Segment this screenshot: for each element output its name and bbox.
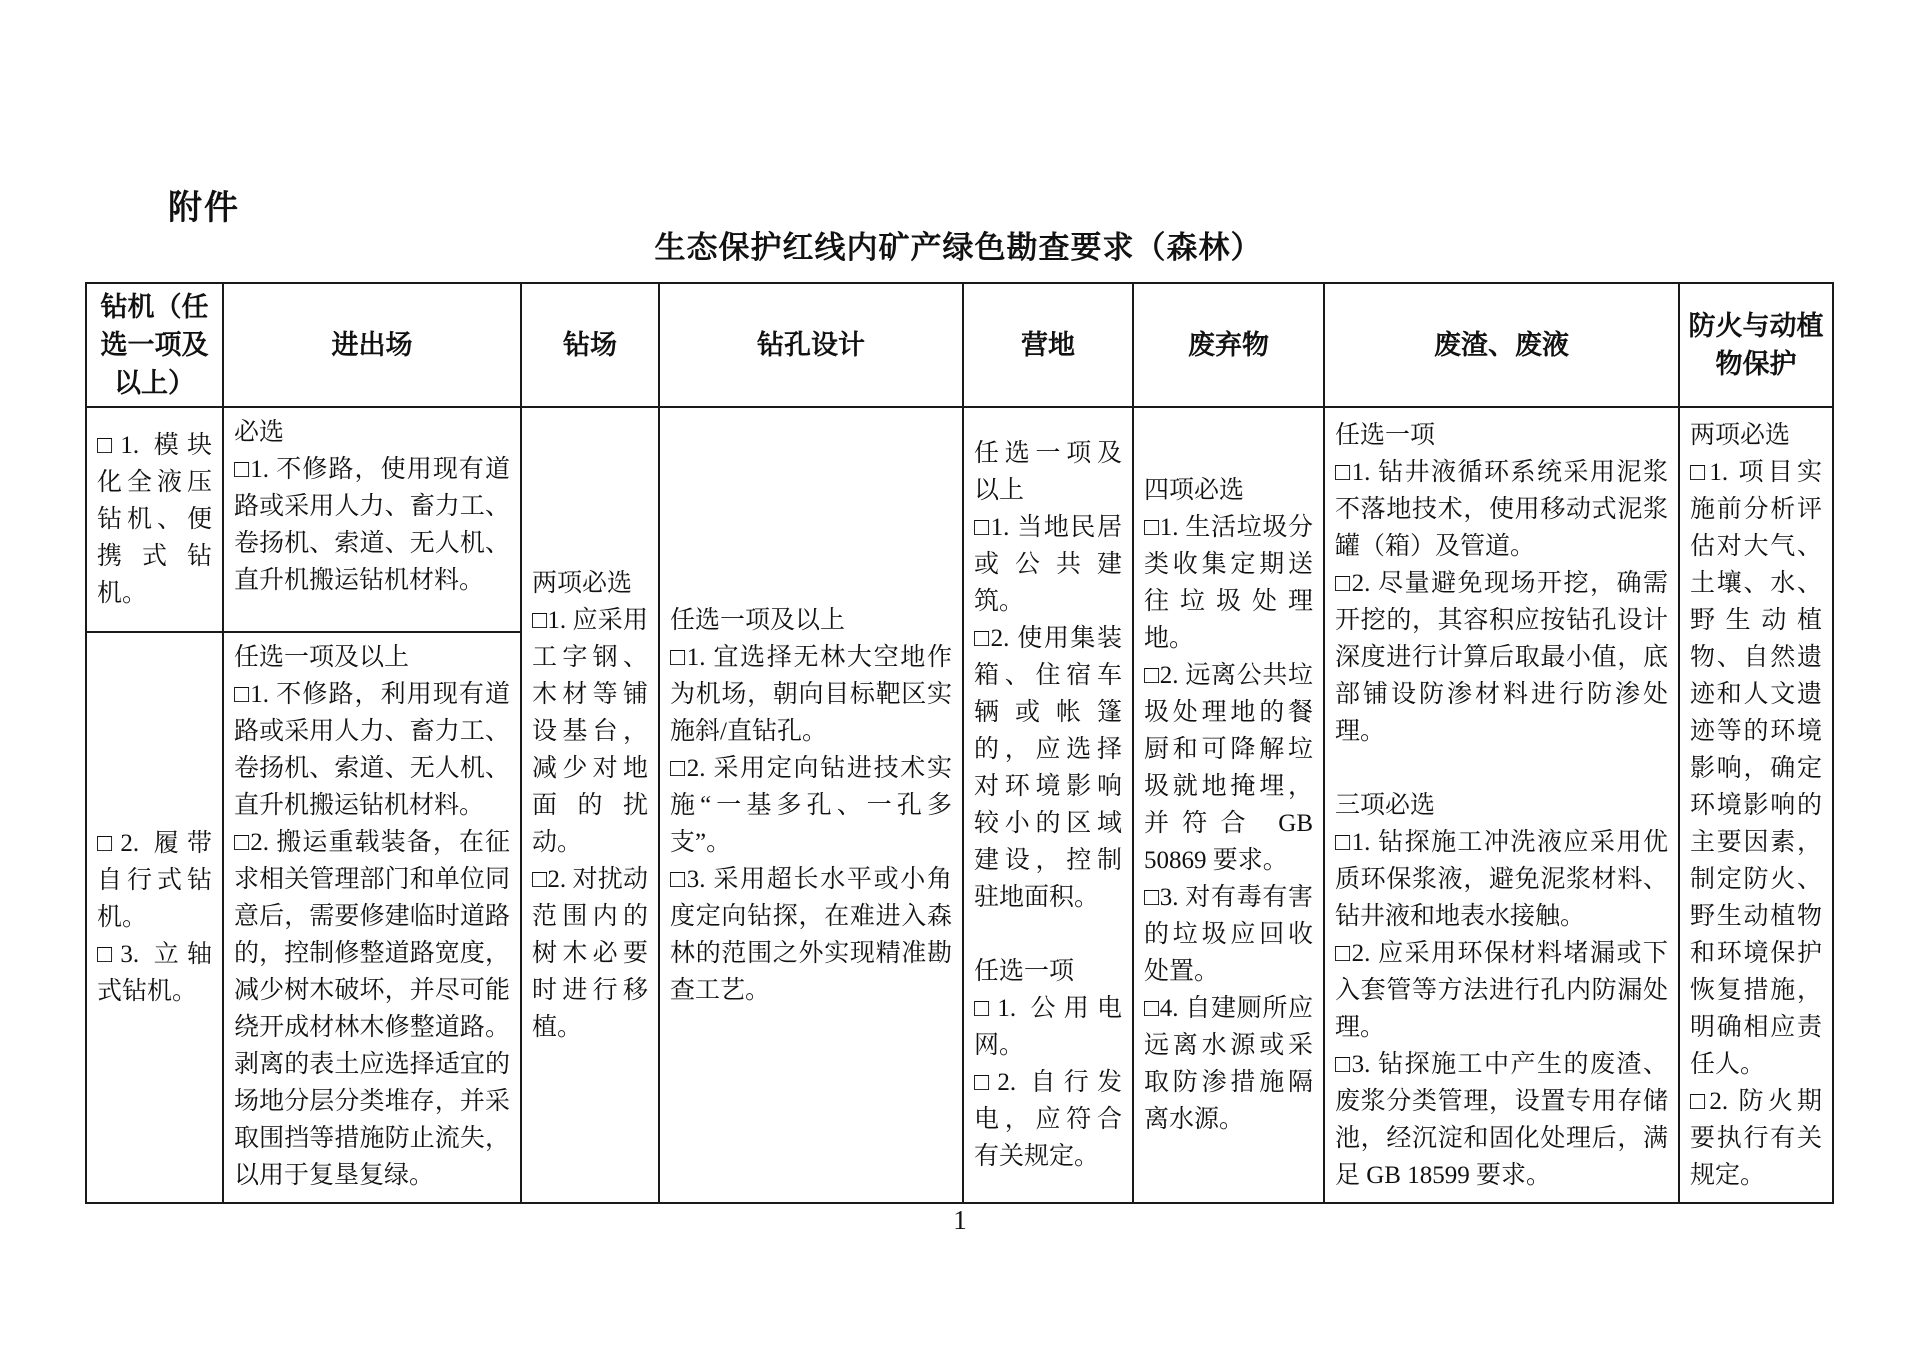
col-header-drill-rig: 钻机（任选一项及以上） [86,283,223,407]
document-page: 附件 生态保护红线内矿产绿色勘查要求（森林） 钻机（任选一项及以上） 进出场 钻… [0,0,1920,1357]
requirement-item: □2. 履带自行式钻机。 [97,825,212,936]
requirement-item: □4. 自建厕所应远离水源或采取防渗措施隔离水源。 [1144,990,1313,1138]
cell-slag-liquid: 任选一项 □1. 钻井液循环系统采用泥浆不落地技术，使用移动式泥浆罐（箱）及管道… [1324,407,1679,1203]
requirement-item: □3. 立轴式钻机。 [97,936,212,1010]
group-label: 任选一项及以上 [670,602,952,639]
requirement-item: □1. 钻探施工冲洗液应采用优质环保浆液，避免泥浆材料、钻井液和地表水接触。 [1335,824,1668,935]
col-header-camp: 营地 [963,283,1133,407]
requirement-item: □1. 不修路，使用现有道路或采用人力、畜力工、卷扬机、索道、无人机、直升机搬运… [234,451,510,599]
requirement-item: □2. 防火期要执行有关规定。 [1690,1083,1822,1194]
cell-drill-rig-row2: □2. 履带自行式钻机。 □3. 立轴式钻机。 [86,632,223,1203]
requirement-item: □2. 使用集装箱、住宿车辆或帐篷的，应选择对环境影响较小的区域建设，控制驻地面… [974,620,1122,916]
requirements-table: 钻机（任选一项及以上） 进出场 钻场 钻孔设计 营地 废弃物 废渣、废液 防火与… [85,282,1834,1204]
group-label: 任选一项及以上 [974,435,1122,509]
group-label: 两项必选 [532,565,648,602]
requirement-item: □2. 远离公共垃圾处理地的餐厨和可降解垃圾就地掩埋，并符合 GB 50869 … [1144,657,1313,879]
requirement-item: □3. 采用超长水平或小角度定向钻探，在难进入森林的范围之外实现精准勘查工艺。 [670,861,952,1009]
col-header-slag-liquid: 废渣、废液 [1324,283,1679,407]
page-number: 1 [0,1205,1920,1236]
cell-fire-protection: 两项必选 □1. 项目实施前分析评估对大气、土壤、水、野生动植物、自然遗迹和人文… [1679,407,1833,1203]
col-header-waste: 废弃物 [1133,283,1324,407]
cell-site-access-row2: 任选一项及以上 □1. 不修路，利用现有道路或采用人力、畜力工、卷扬机、索道、无… [223,632,521,1203]
requirement-item: □2. 应采用环保材料堵漏或下入套管等方法进行孔内防漏处理。 [1335,935,1668,1046]
group-label: 三项必选 [1335,787,1668,824]
table-header-row: 钻机（任选一项及以上） 进出场 钻场 钻孔设计 营地 废弃物 废渣、废液 防火与… [86,283,1833,407]
requirement-item: □1. 应采用工字钢、木材等铺设基台，减少对地面的扰动。 [532,602,648,861]
requirement-item: □3. 对有毒有害的垃圾应回收处置。 [1144,879,1313,990]
cell-drill-rig-row1: □1. 模块化全液压钻机、便携式钻机。 [86,407,223,632]
requirement-item: □2. 搬运重载装备，在征求相关管理部门和单位同意后，需要修建临时道路的，控制修… [234,824,510,1194]
requirement-item: □1. 钻井液循环系统采用泥浆不落地技术，使用移动式泥浆罐（箱）及管道。 [1335,454,1668,565]
requirement-item: □2. 对扰动范围内的树木必要时进行移植。 [532,861,648,1046]
cell-waste: 四项必选 □1. 生活垃圾分类收集定期送往垃圾处理地。 □2. 远离公共垃圾处理… [1133,407,1324,1203]
group-label: 必选 [234,414,510,451]
cell-camp: 任选一项及以上 □1. 当地民居或公共建筑。 □2. 使用集装箱、住宿车辆或帐篷… [963,407,1133,1203]
requirement-item: □1. 不修路，利用现有道路或采用人力、畜力工、卷扬机、索道、无人机、直升机搬运… [234,676,510,824]
col-header-drill-site: 钻场 [521,283,659,407]
requirement-item: □1. 宜选择无林大空地作为机场，朝向目标靶区实施斜/直钻孔。 [670,639,952,750]
requirement-item: □1. 项目实施前分析评估对大气、土壤、水、野生动植物、自然遗迹和人文遗迹等的环… [1690,454,1822,1083]
group-label: 任选一项 [1335,417,1668,454]
col-header-site-access: 进出场 [223,283,521,407]
cell-borehole-design: 任选一项及以上 □1. 宜选择无林大空地作为机场，朝向目标靶区实施斜/直钻孔。 … [659,407,963,1203]
group-label: 两项必选 [1690,417,1822,454]
requirement-item: □1. 当地民居或公共建筑。 [974,509,1122,620]
group-label: 任选一项及以上 [234,639,510,676]
requirement-item: □1. 生活垃圾分类收集定期送往垃圾处理地。 [1144,509,1313,657]
requirement-item: □2. 尽量避免现场开挖，确需开挖的，其容积应按钻孔设计深度进行计算后取最小值，… [1335,565,1668,750]
requirement-item: □1. 公用电网。 [974,990,1122,1064]
requirement-item: □2. 自行发电，应符合有关规定。 [974,1064,1122,1175]
group-label: 四项必选 [1144,472,1313,509]
requirement-item: □2. 采用定向钻进技术实施“一基多孔、一孔多支”。 [670,750,952,861]
cell-site-access-row1: 必选 □1. 不修路，使用现有道路或采用人力、畜力工、卷扬机、索道、无人机、直升… [223,407,521,632]
cell-drill-site: 两项必选 □1. 应采用工字钢、木材等铺设基台，减少对地面的扰动。 □2. 对扰… [521,407,659,1203]
page-title: 生态保护红线内矿产绿色勘查要求（森林） [85,222,1832,267]
col-header-fire-protection: 防火与动植物保护 [1679,283,1833,407]
table-body-row-1: □1. 模块化全液压钻机、便携式钻机。 必选 □1. 不修路，使用现有道路或采用… [86,407,1833,632]
col-header-borehole-design: 钻孔设计 [659,283,963,407]
group-label: 任选一项 [974,953,1122,990]
requirement-item: □3. 钻探施工中产生的废渣、废浆分类管理，设置专用存储池，经沉淀和固化处理后，… [1335,1046,1668,1194]
requirement-item: □1. 模块化全液压钻机、便携式钻机。 [97,427,212,612]
